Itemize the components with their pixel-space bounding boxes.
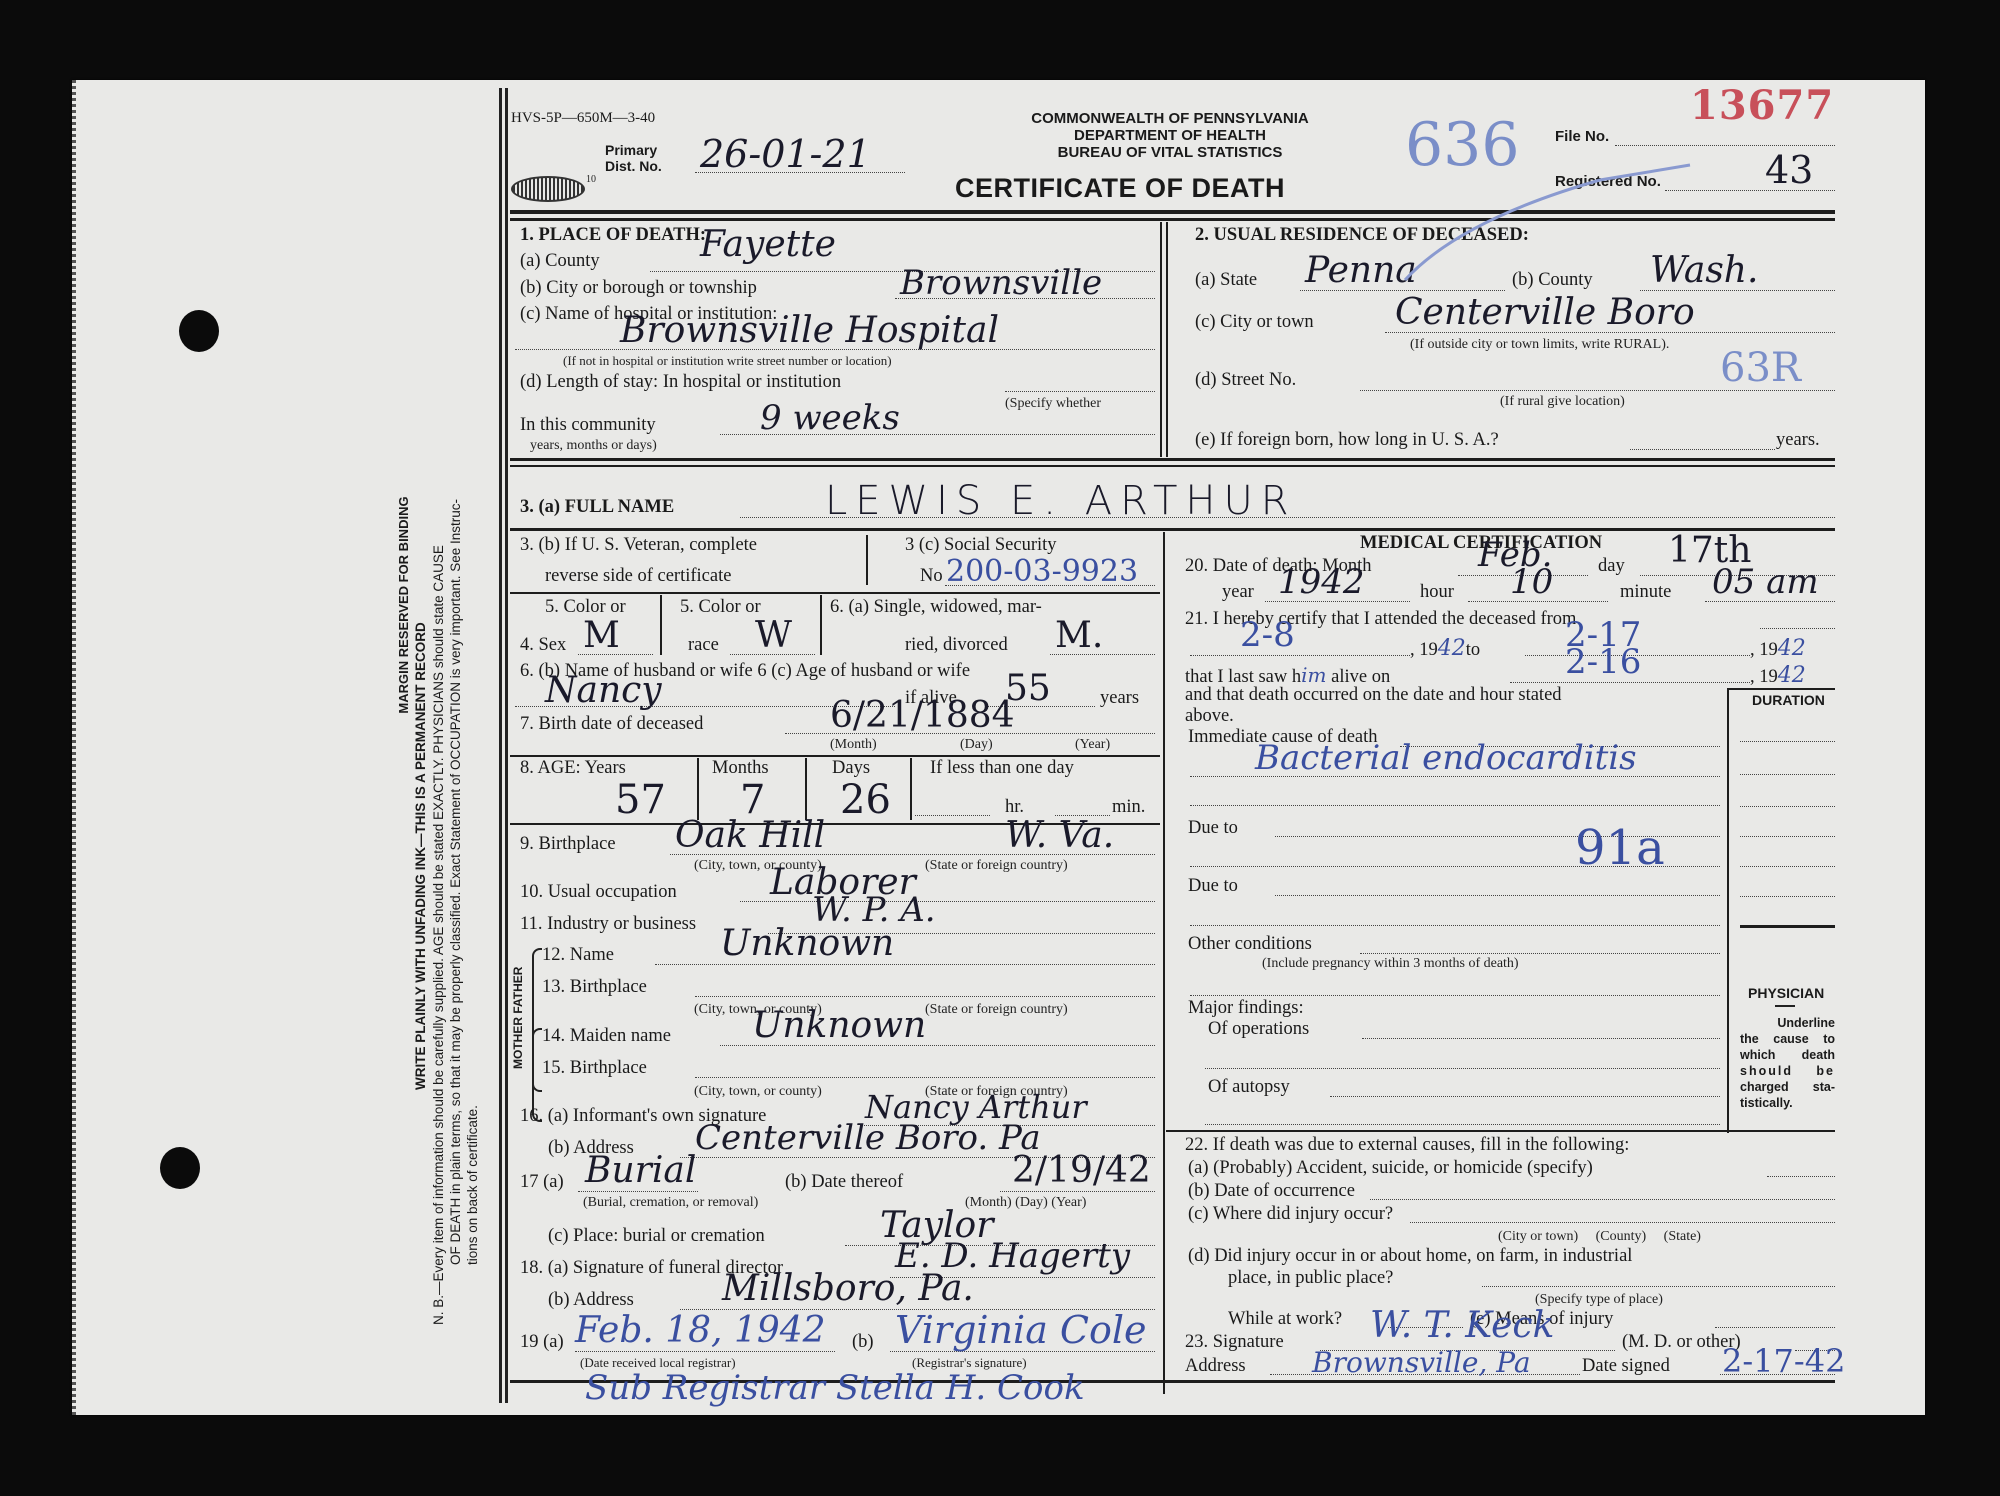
age-days-label: Days <box>832 758 870 779</box>
duration-line-5 <box>1740 866 1835 867</box>
spouse-age-suffix: years <box>1100 688 1139 709</box>
occurred-label-1: and that death occurred on the date and … <box>1185 685 1562 706</box>
ssn-value[interactable]: 200-03-9923 <box>946 554 1138 589</box>
autopsy-label: Of autopsy <box>1208 1077 1290 1098</box>
last-saw-year[interactable]: 42 <box>1778 663 1806 688</box>
section-divider-2 <box>1166 222 1168 457</box>
disposal-value[interactable]: Burial <box>585 1150 696 1191</box>
disposal-note: (Burial, cremation, or removal) <box>583 1195 758 1211</box>
informant-address-value[interactable]: Centerville Boro. Pa <box>695 1118 1041 1158</box>
registrar-date-value[interactable]: Feb. 18, 1942 <box>575 1310 826 1351</box>
last-saw-label-2: alive on <box>1331 667 1390 687</box>
father-birthplace-label: 13. Birthplace <box>542 977 647 998</box>
pod-stay-note: (Specify whether <box>1005 396 1101 412</box>
agency-line-3: BUREAU OF VITAL STATISTICS <box>960 144 1380 161</box>
union-label-seal-icon <box>511 176 585 202</box>
industry-label: 11. Industry or business <box>520 914 696 935</box>
duration-line-6 <box>1740 896 1835 897</box>
veteran-divider <box>866 535 868 585</box>
sub-registrar-signature: Sub Registrar Stella H. Cook <box>585 1368 1085 1408</box>
last-saw-value[interactable]: 2-16 <box>1565 642 1641 682</box>
burial-place-label: (c) Place: burial or cremation <box>548 1226 765 1247</box>
res-foreign-label: (e) If foreign born, how long in U. S. A… <box>1195 430 1499 451</box>
pod-community-value[interactable]: 9 weeks <box>760 398 900 438</box>
father-name-value[interactable]: Unknown <box>720 923 894 964</box>
major-findings-label: Major findings: <box>1188 998 1304 1019</box>
binder-hole-bottom <box>160 1147 200 1189</box>
birthplace-state-note: (State or foreign country) <box>925 858 1068 874</box>
external-b-line <box>1370 1199 1835 1200</box>
file-no-line <box>1615 145 1835 146</box>
age-years-divider <box>697 758 699 820</box>
age-months-label: Months <box>712 758 769 779</box>
age-days-divider <box>910 758 912 820</box>
due-to-1-value[interactable]: 91a <box>1575 820 1665 876</box>
duration-line-3 <box>1740 806 1835 807</box>
pod-stay-label: (d) Length of stay: In hospital or insti… <box>520 372 841 393</box>
physician-address-value[interactable]: Brownsville, Pa <box>1312 1346 1531 1379</box>
attend-to-year[interactable]: 42 <box>1778 636 1806 661</box>
primary-dist-label: Primary Dist. No. <box>605 142 662 174</box>
birthplace-state-value[interactable]: W. Va. <box>1005 815 1114 856</box>
attend-to-label: to <box>1466 640 1480 660</box>
registrar-sig-label: (b) <box>852 1332 874 1353</box>
age-hr-line <box>915 815 990 816</box>
mother-birthplace-line <box>695 1077 1155 1078</box>
duration-column-divider <box>1727 688 1729 1133</box>
mother-maiden-value[interactable]: Unknown <box>752 1005 926 1046</box>
margin-nb-line2: OF DEATH in plain terms, so that it may … <box>447 499 464 1265</box>
dod-hour-label: hour <box>1420 582 1454 603</box>
primary-label: Primary <box>605 142 662 158</box>
at-work-label: While at work? <box>1228 1309 1342 1330</box>
margin-nb-line1: N. B.—Every item of information should b… <box>430 545 447 1325</box>
external-d-label-2: place, in public place? <box>1228 1268 1393 1289</box>
father-name-line <box>655 964 1155 965</box>
other-conditions-line <box>1360 953 1720 954</box>
external-heading: 22. If death was due to external causes,… <box>1185 1135 1629 1156</box>
registered-no-value[interactable]: 43 <box>1765 148 1813 192</box>
attend-from-line <box>1190 655 1410 656</box>
due-to-1-label: Due to <box>1188 818 1238 839</box>
race-label-2: race <box>688 635 719 656</box>
occupation-label: 10. Usual occupation <box>520 882 677 903</box>
binding-rule-outer <box>499 88 502 1403</box>
file-no-stamp: 13677 <box>1690 82 1834 129</box>
ssn-label-1: 3 (c) Social Security <box>905 535 1057 556</box>
margin-binding-note: MARGIN RESERVED FOR BINDING <box>395 285 412 925</box>
due-to-2-line <box>1275 895 1720 896</box>
last-saw-label: that I last saw h <box>1185 667 1301 687</box>
father-birthplace-state-note: (State or foreign country) <box>925 1002 1068 1018</box>
union-label-number: 10 <box>586 174 596 185</box>
duration-heading: DURATION <box>1752 692 1825 708</box>
sex-label: 4. Sex <box>520 635 566 656</box>
sex-value[interactable]: M <box>583 615 620 656</box>
autopsy-line <box>1330 1096 1720 1097</box>
physician-signature-label: 23. Signature <box>1185 1332 1284 1353</box>
birthplace-label: 9. Birthplace <box>520 834 616 855</box>
marital-label-2: ried, divorced <box>905 635 1008 656</box>
place-of-death-heading: 1. PLACE OF DEATH: <box>520 225 706 246</box>
attend-from-value[interactable]: 2-8 <box>1240 615 1295 655</box>
full-name-rule <box>510 528 1835 531</box>
veteran-label-2: reverse side of certificate <box>545 566 731 587</box>
means-of-injury-line <box>1715 1327 1835 1328</box>
registrar-signature[interactable]: Virginia Cole <box>895 1308 1147 1352</box>
birth-date-value[interactable]: 6/21/1884 <box>830 695 1015 736</box>
funeral-address-label: (b) Address <box>548 1290 634 1311</box>
row-rule-ssn <box>510 592 1160 594</box>
res-city-label: (c) City or town <box>1195 312 1314 333</box>
age-min-label: min. <box>1112 797 1145 818</box>
pod-city-value[interactable]: Brownsville <box>900 263 1102 303</box>
certificate-title: CERTIFICATE OF DEATH <box>955 173 1285 204</box>
operations-label: Of operations <box>1208 1019 1309 1040</box>
pod-county-label: (a) County <box>520 251 600 272</box>
external-c-line <box>1410 1222 1835 1223</box>
date-signed-label: Date signed <box>1582 1356 1670 1377</box>
last-saw-pronoun[interactable]: im <box>1301 663 1326 687</box>
agency-block: COMMONWEALTH OF PENNSYLVANIA DEPARTMENT … <box>960 110 1380 161</box>
pod-city-label: (b) City or borough or township <box>520 278 757 299</box>
mother-maiden-label: 14. Maiden name <box>542 1026 671 1047</box>
ssn-label-2: No <box>920 566 943 587</box>
other-conditions-label: Other conditions <box>1188 934 1312 955</box>
attend-from-year-prefix: , 19 <box>1410 640 1438 660</box>
binding-rule-inner <box>505 88 508 1403</box>
disposal-date-value[interactable]: 2/19/42 <box>1012 1150 1151 1191</box>
external-causes-rule <box>1166 1130 1835 1132</box>
res-foreign-suffix: years. <box>1776 430 1820 451</box>
disposal-line <box>578 1191 698 1192</box>
birth-year-note: (Year) <box>1075 737 1110 753</box>
section-rule-b <box>510 465 1835 467</box>
mother-birthplace-city-note: (City, town, or county) <box>694 1084 822 1100</box>
age-less-label: If less than one day <box>930 758 1074 779</box>
cause-blank-line <box>1190 805 1720 806</box>
agency-line-2: DEPARTMENT OF HEALTH <box>960 127 1380 144</box>
autopsy-line-2 <box>1205 1124 1720 1125</box>
disposal-date-label: (b) Date thereof <box>785 1172 903 1193</box>
physician-signature[interactable]: W. T. Keck <box>1370 1305 1554 1346</box>
duration-line-4 <box>1740 836 1835 837</box>
res-city-note: (If outside city or town limits, write R… <box>1410 337 1669 353</box>
mother-birthplace-label: 15. Birthplace <box>542 1058 647 1079</box>
attend-from-year[interactable]: 42 <box>1438 636 1466 661</box>
race-value[interactable]: W <box>755 615 792 656</box>
other-blank-line <box>1190 995 1720 996</box>
dod-year-label: year <box>1222 582 1254 603</box>
res-street-note: (If rural give location) <box>1500 394 1625 410</box>
father-birthplace-line <box>695 996 1155 997</box>
physician-dash <box>1775 1005 1795 1007</box>
birth-day-note: (Day) <box>960 737 993 753</box>
birth-month-note: (Month) <box>830 737 877 753</box>
external-d-line <box>1482 1286 1835 1287</box>
external-a-line <box>1767 1176 1835 1177</box>
binder-hole-top <box>179 310 219 352</box>
duration-line-2 <box>1740 774 1835 775</box>
full-name-label: 3. (a) FULL NAME <box>520 497 674 518</box>
attend-to-year-prefix: , 19 <box>1750 640 1778 660</box>
operations-line <box>1362 1038 1720 1039</box>
mother-father-side-label: MOTHER FATHER <box>512 945 526 1090</box>
external-c-notes: (City or town) (County) (State) <box>1498 1229 1701 1245</box>
agency-line-1: COMMONWEALTH OF PENNSYLVANIA <box>960 110 1380 127</box>
race-divider <box>820 595 822 655</box>
other-conditions-note: (Include pregnancy within 3 months of de… <box>1262 956 1519 972</box>
last-saw-line <box>1510 682 1750 683</box>
dist-no-label: Dist. No. <box>605 158 662 174</box>
res-street-value[interactable]: 63R <box>1720 345 1801 391</box>
sex-divider <box>660 595 662 655</box>
occurred-label-2: above. <box>1185 706 1234 727</box>
operations-line-2 <box>1205 1068 1720 1069</box>
dod-day-label: day <box>1598 556 1625 577</box>
spouse-name-value[interactable]: Nancy <box>545 670 662 711</box>
external-d-label-1: (d) Did injury occur in or about home, o… <box>1188 1246 1632 1267</box>
row-rule-age <box>510 755 1160 757</box>
dod-year-value[interactable]: 1942 <box>1278 562 1365 602</box>
file-no-label: File No. <box>1555 128 1609 145</box>
age-days-value[interactable]: 26 <box>840 777 891 823</box>
res-foreign-line <box>1630 449 1775 450</box>
marital-label-1: 6. (a) Single, widowed, mar- <box>830 597 1042 618</box>
father-name-label: 12. Name <box>542 945 614 966</box>
res-street-label: (d) Street No. <box>1195 370 1296 391</box>
physician-heading: PHYSICIAN <box>1748 985 1824 1001</box>
age-years-value[interactable]: 57 <box>615 777 666 823</box>
external-a-label: (a) (Probably) Accident, suicide, or hom… <box>1188 1158 1593 1179</box>
duration-top-rule <box>1727 688 1835 690</box>
pod-county-value[interactable]: Fayette <box>700 224 836 265</box>
res-city-value[interactable]: Centerville Boro <box>1395 292 1695 333</box>
due-to-2-line-2 <box>1190 925 1720 926</box>
dod-hour-value[interactable]: 10 <box>1510 562 1553 602</box>
main-column-divider <box>1163 532 1165 1394</box>
physician-note: Underline the cause to which death shoul… <box>1740 1015 1835 1111</box>
birthplace-city-value[interactable]: Oak Hill <box>675 815 825 856</box>
pod-hospital-value[interactable]: Brownsville Hospital <box>620 310 999 351</box>
pod-stay-line <box>1005 391 1155 392</box>
margin-ink-note: WRITE PLAINLY WITH UNFADING INK—THIS IS … <box>412 622 429 1090</box>
attend-label-line <box>1760 628 1835 629</box>
full-name-value[interactable]: LEWIS E. ARTHUR <box>825 478 1297 524</box>
external-b-label: (b) Date of occurrence <box>1188 1181 1355 1202</box>
date-signed-value[interactable]: 2-17-42 <box>1722 1342 1845 1380</box>
registrar-date-label: 19 (a) <box>520 1332 564 1353</box>
last-saw-year-prefix: , 19 <box>1750 667 1778 687</box>
duration-line-1 <box>1740 741 1835 742</box>
age-label: 8. AGE: Years <box>520 758 626 778</box>
res-state-label: (a) State <box>1195 270 1257 291</box>
marital-value[interactable]: M. <box>1055 615 1103 656</box>
pod-community-label: In this community <box>520 415 656 436</box>
physician-address-label: Address <box>1185 1356 1246 1377</box>
pencil-check-mark-icon <box>1400 160 1700 290</box>
primary-dist-value[interactable]: 26-01-21 <box>700 132 871 176</box>
dod-minute-value[interactable]: 05 am <box>1712 562 1819 602</box>
immediate-cause-value[interactable]: Bacterial endocarditis <box>1255 738 1637 778</box>
pod-community-note: years, months or days) <box>530 438 657 454</box>
color-label: 5. Color or <box>680 597 761 618</box>
disposal-label: 17 (a) <box>520 1172 564 1193</box>
registrar-date-line <box>575 1351 835 1352</box>
due-to-2-label: Due to <box>1188 876 1238 897</box>
external-c-label: (c) Where did injury occur? <box>1188 1204 1393 1225</box>
age-months-divider <box>805 758 807 820</box>
section-rule-a <box>510 458 1835 461</box>
funeral-address-value[interactable]: Millsboro, Pa. <box>722 1268 974 1309</box>
pod-hospital-note: (If not in hospital or institution write… <box>563 353 892 369</box>
dod-minute-label: minute <box>1620 582 1671 603</box>
form-code: HVS-5P—650M—3-40 <box>511 110 655 127</box>
section-divider-1 <box>1160 222 1162 457</box>
veteran-label-1: 3. (b) If U. S. Veteran, complete <box>520 535 757 556</box>
birth-date-label: 7. Birth date of deceased <box>520 714 703 735</box>
margin-nb-line3: tions on back of certificate. <box>464 1105 481 1265</box>
duration-bottom-rule <box>1740 925 1835 928</box>
disposal-date-line <box>1000 1191 1155 1192</box>
